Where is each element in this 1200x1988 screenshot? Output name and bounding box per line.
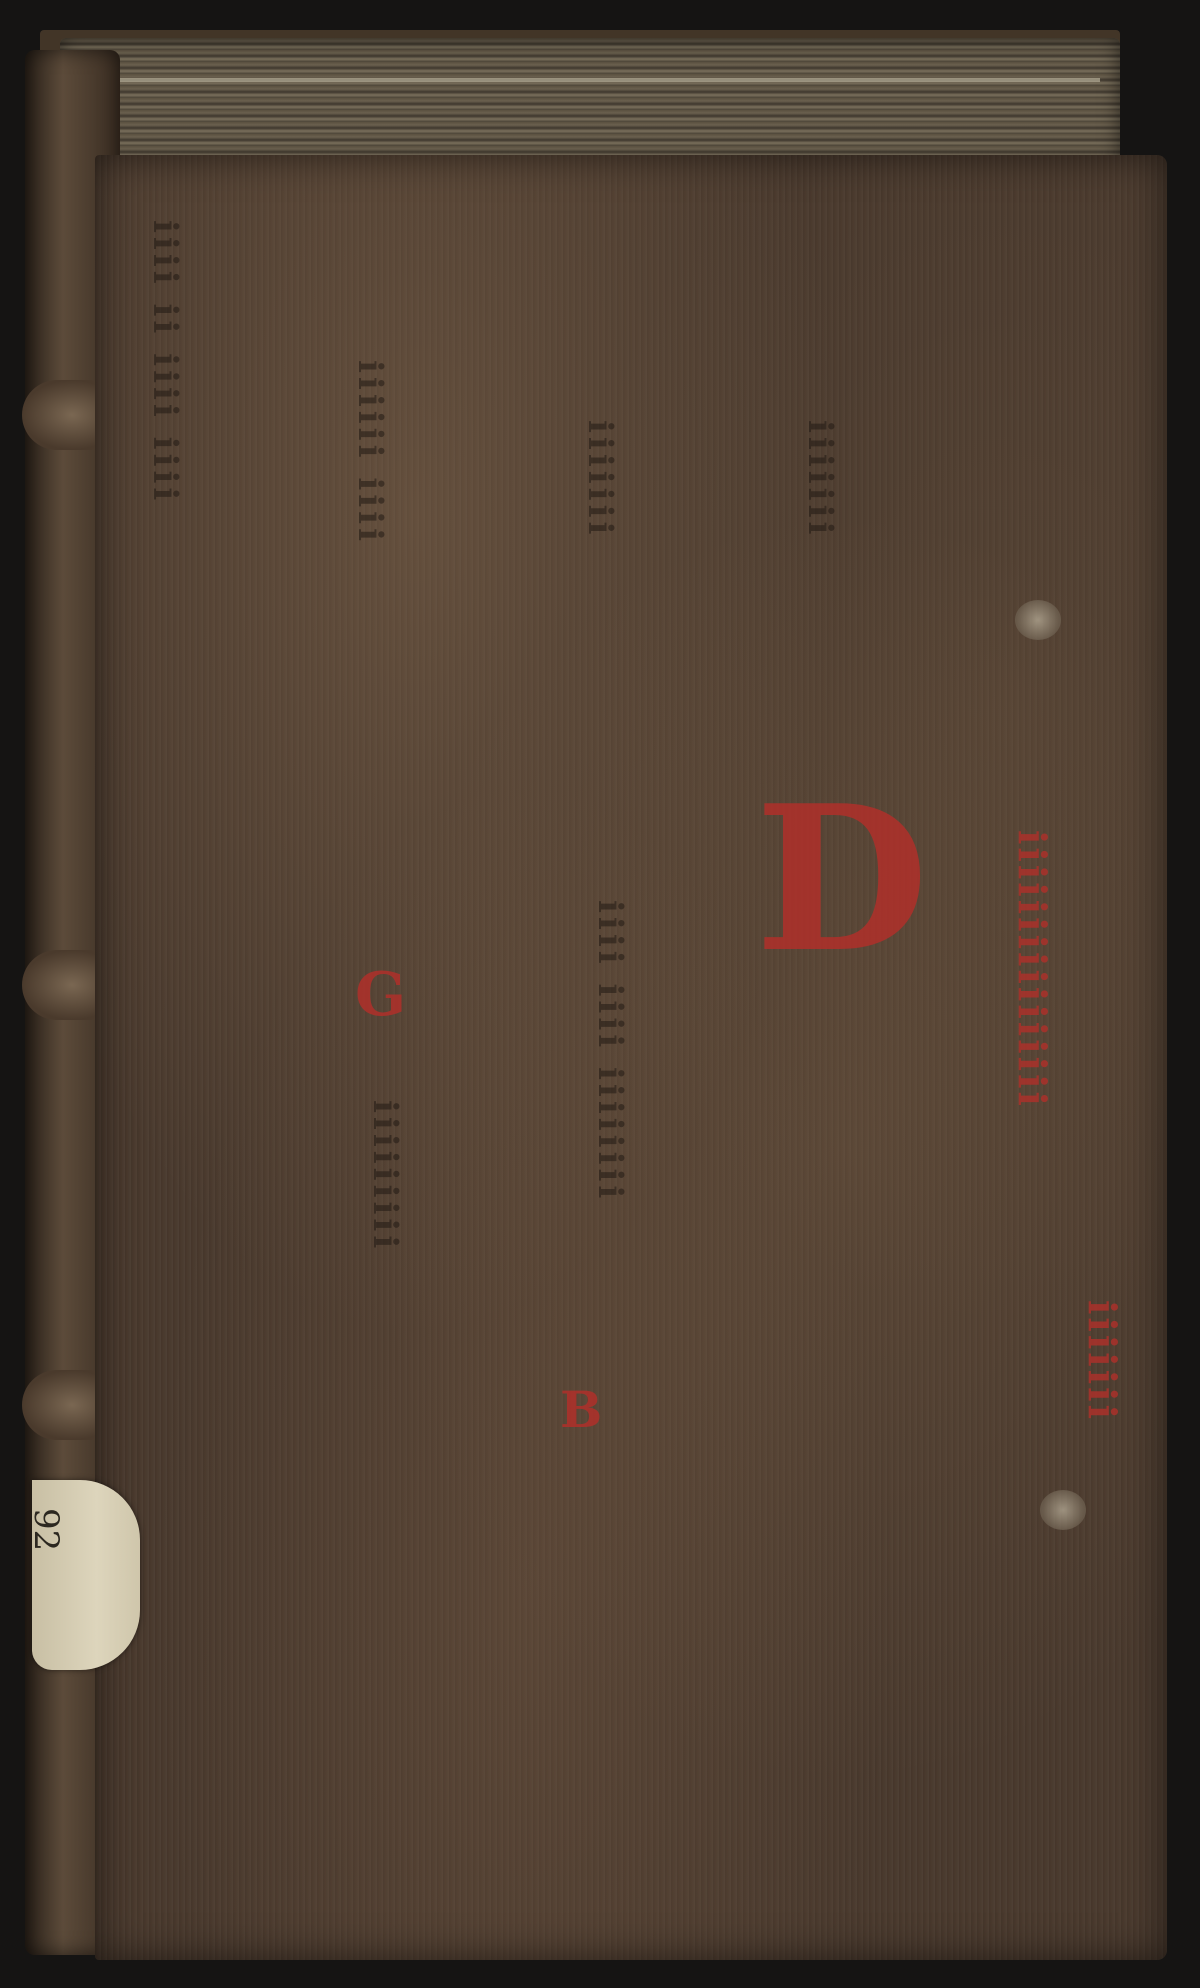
offset-text-column: iiii ii iiii iiii — [145, 220, 185, 1220]
offset-text-column: iiiiii iiii — [350, 360, 390, 660]
cover-worn-spot — [1040, 1490, 1086, 1530]
red-mark: G — [355, 960, 406, 1030]
shelf-label-text: 92 — [26, 1508, 66, 1551]
book-cover — [95, 155, 1167, 1960]
offset-text-column: iiiiiii — [580, 420, 620, 670]
cover-worn-spot — [1015, 600, 1061, 640]
offset-text-column: iiiiiiiii — [365, 1100, 405, 1500]
offset-text-column: iiiiiii — [800, 420, 840, 670]
red-text-column: iiiiiii — [1080, 1300, 1125, 1600]
offset-text-column: iiii iiii iiiiiiii — [590, 900, 630, 1400]
shelf-label: 92 — [32, 1480, 140, 1670]
page-edges — [60, 38, 1120, 168]
red-initial-letter: D — [755, 780, 928, 980]
page-edge-highlight — [90, 78, 1100, 82]
red-text-column: iiiiiiiiiiiiiiii — [1010, 830, 1055, 1430]
red-mark: B — [560, 1380, 602, 1439]
